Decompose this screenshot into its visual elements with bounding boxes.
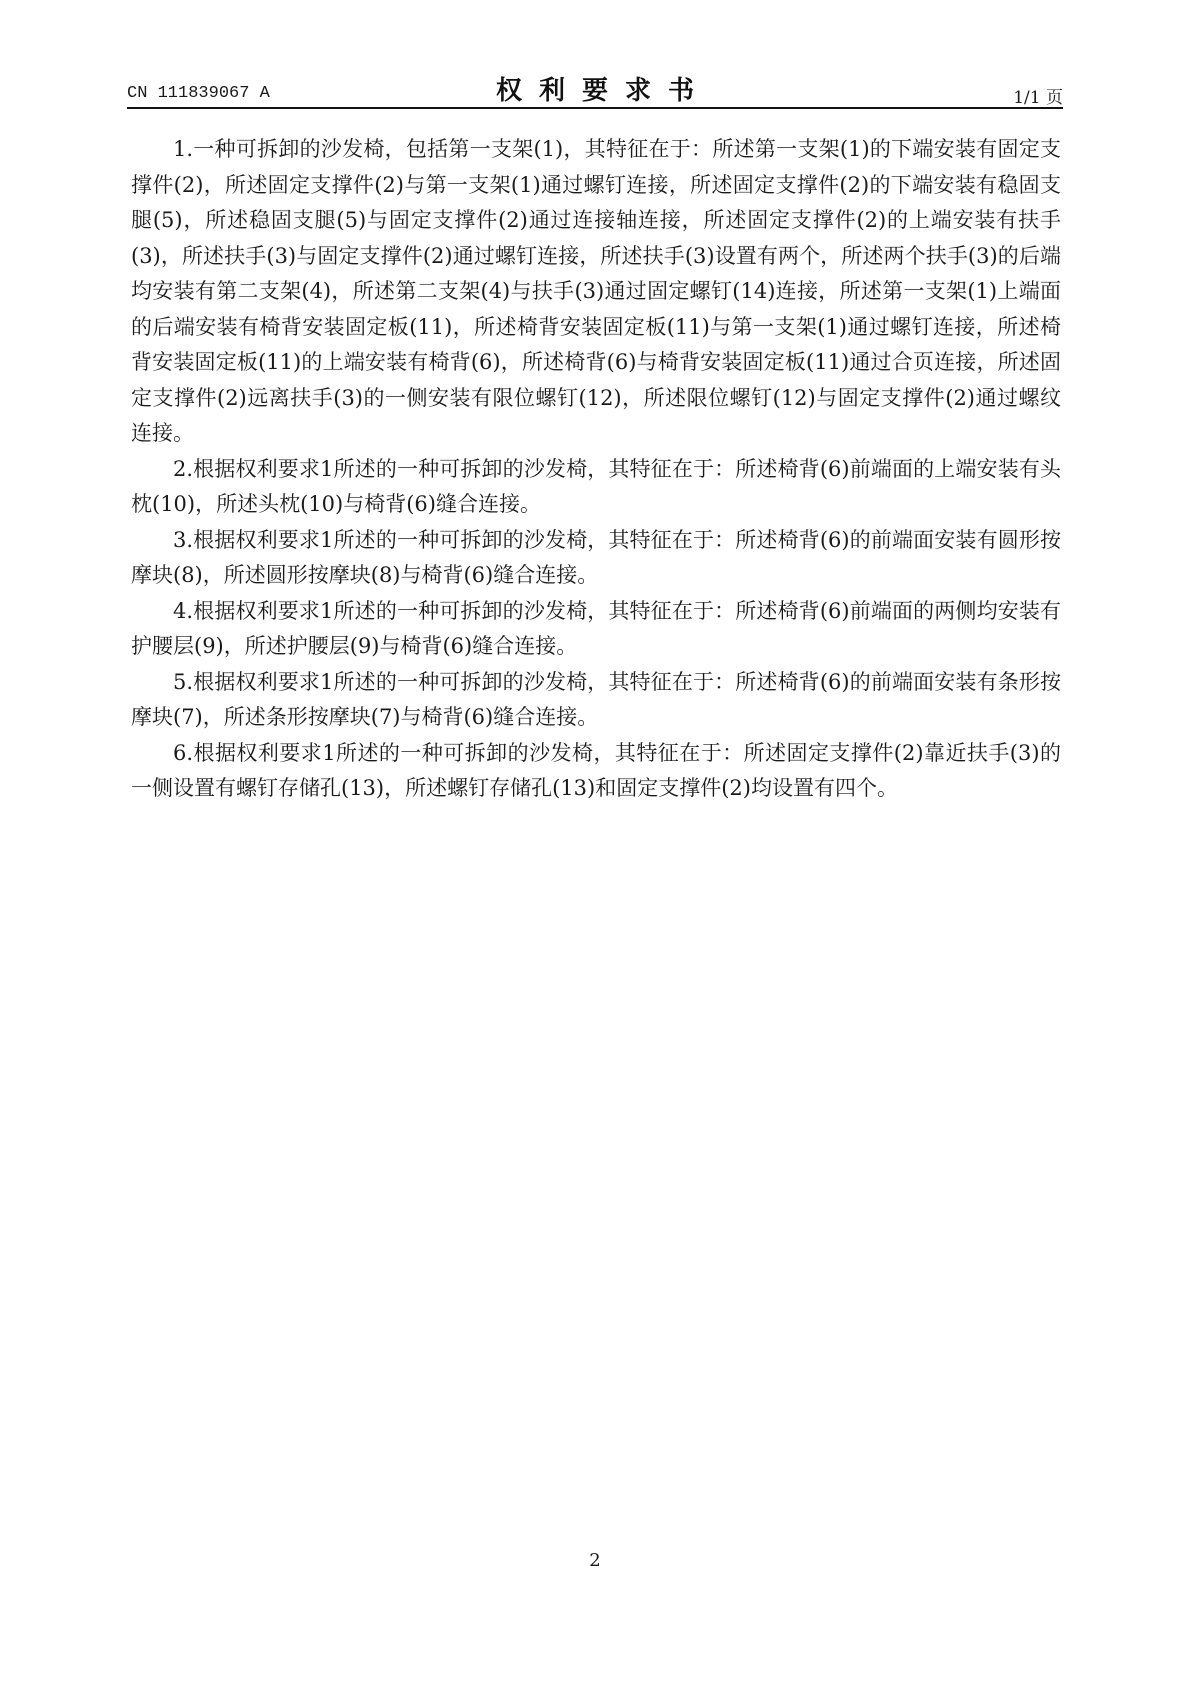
document-title: 权利要求书 <box>127 70 1063 107</box>
claim-1: 1.一种可拆卸的沙发椅，包括第一支架(1)，其特征在于：所述第一支架(1)的下端… <box>131 132 1061 452</box>
page-header: CN 111839067 A 权利要求书 1/1 页 <box>127 66 1063 108</box>
claim-5: 5.根据权利要求1所述的一种可拆卸的沙发椅，其特征在于：所述椅背(6)的前端面安… <box>131 665 1061 736</box>
claim-6: 6.根据权利要求1所述的一种可拆卸的沙发椅，其特征在于：所述固定支撑件(2)靠近… <box>131 736 1061 807</box>
header-divider <box>127 107 1063 109</box>
claims-body: 1.一种可拆卸的沙发椅，包括第一支架(1)，其特征在于：所述第一支架(1)的下端… <box>131 132 1061 807</box>
claim-4: 4.根据权利要求1所述的一种可拆卸的沙发椅，其特征在于：所述椅背(6)前端面的两… <box>131 594 1061 665</box>
page-number: 2 <box>0 1550 1190 1571</box>
claim-3: 3.根据权利要求1所述的一种可拆卸的沙发椅，其特征在于：所述椅背(6)的前端面安… <box>131 523 1061 594</box>
claim-2: 2.根据权利要求1所述的一种可拆卸的沙发椅，其特征在于：所述椅背(6)前端面的上… <box>131 452 1061 523</box>
page-indicator: 1/1 页 <box>1013 83 1063 108</box>
